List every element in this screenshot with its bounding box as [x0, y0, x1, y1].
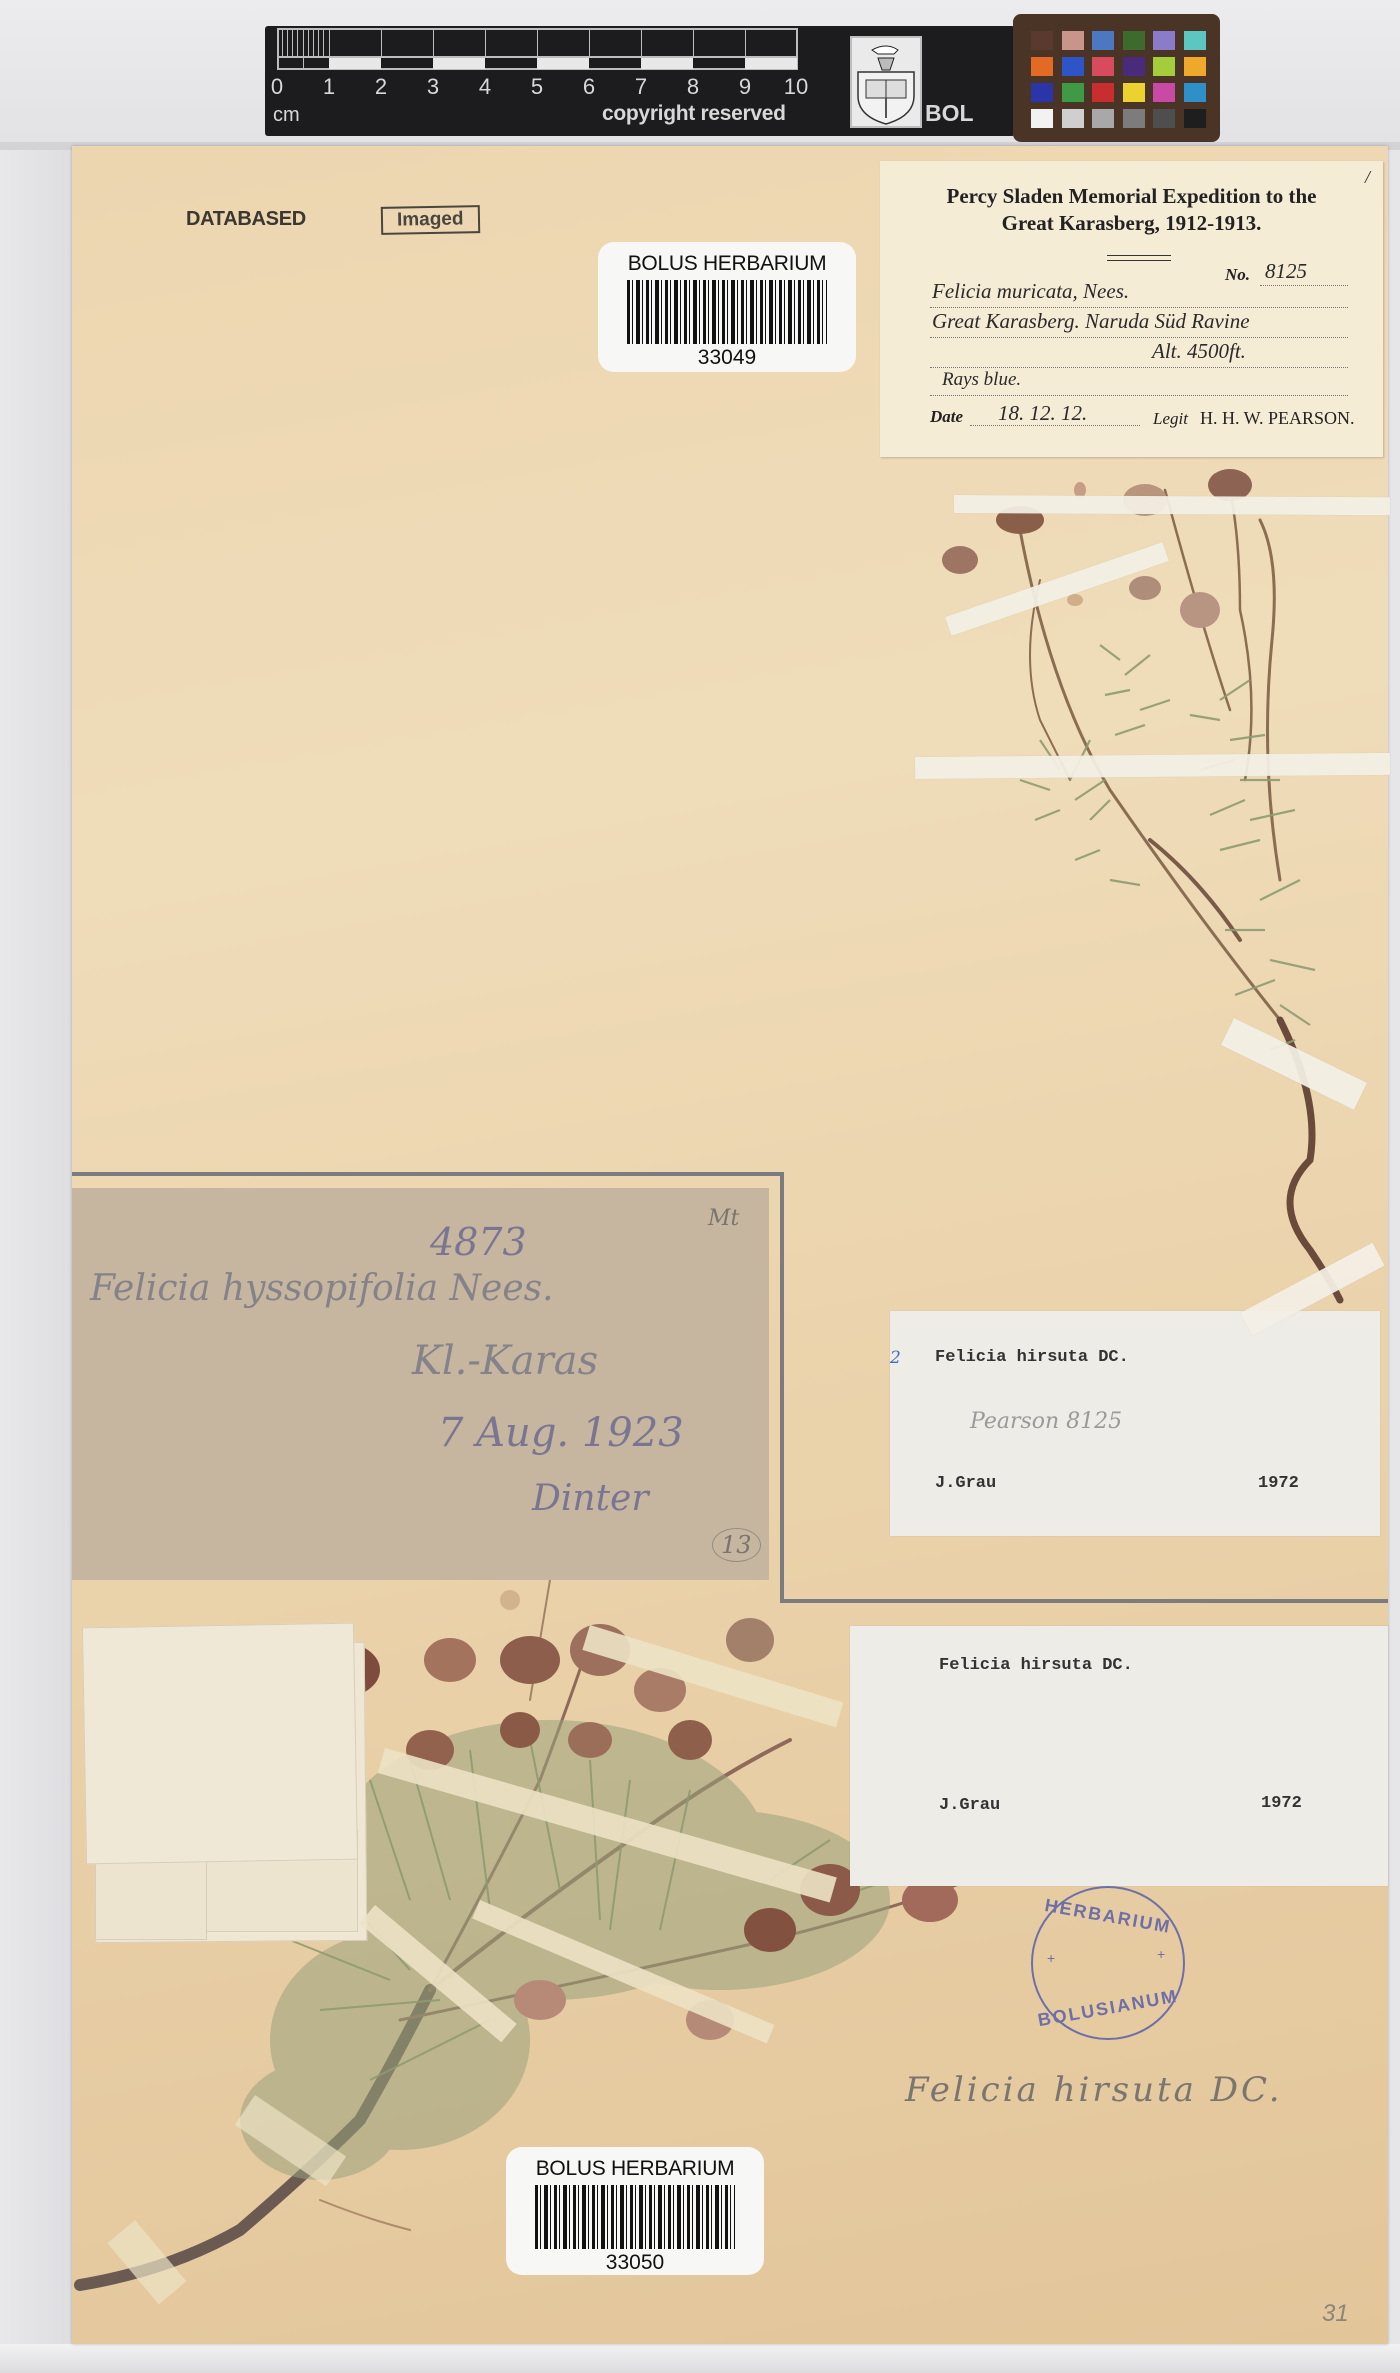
det-year: 1972 — [1258, 1474, 1299, 1493]
color-swatch — [1062, 109, 1084, 128]
scale-tick-0: 0 — [271, 74, 283, 100]
date-label: Date — [930, 407, 963, 427]
university-crest-icon — [850, 36, 922, 128]
color-swatch — [1153, 83, 1175, 102]
collector: H. H. W. PEARSON. — [1200, 408, 1355, 429]
imaged-stamp: Imaged — [381, 205, 480, 235]
scale-tick-2: 2 — [375, 74, 387, 100]
field-date: 7 Aug. 1923 — [438, 1410, 684, 1456]
color-swatch — [1092, 31, 1114, 50]
color-swatch — [1092, 57, 1114, 76]
det-year: 1972 — [1261, 1794, 1302, 1813]
color-swatch — [1092, 109, 1114, 128]
color-swatch — [1062, 57, 1084, 76]
sheet-number: 31 — [1322, 2300, 1349, 2328]
determination-label-2: Felicia hirsuta DC. J.Grau 1972 — [850, 1626, 1388, 1886]
scale-tick-4: 4 — [479, 74, 491, 100]
color-swatch — [1184, 109, 1206, 128]
plant-specimen-upper — [900, 460, 1390, 1310]
color-swatch — [1184, 83, 1206, 102]
color-swatch — [1031, 83, 1053, 102]
color-swatch — [1031, 109, 1053, 128]
barcode-title: BOLUS HERBARIUM — [506, 2157, 764, 2181]
color-swatch — [1062, 83, 1084, 102]
expedition-label-heading: Percy Sladen Memorial Expedition to the … — [880, 183, 1383, 237]
field-number: 4873 — [430, 1220, 527, 1264]
barcode-title: BOLUS HERBARIUM — [598, 252, 856, 276]
scale-bar: 0 1 2 3 4 5 6 7 8 9 10 cm copyright rese… — [265, 26, 1015, 136]
margin-mark: 2 — [890, 1348, 901, 1368]
color-swatch — [1184, 31, 1206, 50]
determination-label-1: 2 Felicia hirsuta DC. Pearson 8125 J.Gra… — [890, 1311, 1380, 1536]
field-collector: Dinter — [532, 1478, 649, 1519]
barcode-icon — [627, 280, 827, 344]
heading-line-2: Great Karasberg, 1912-1913. — [880, 210, 1383, 237]
color-swatch — [1031, 57, 1053, 76]
color-swatch — [1123, 31, 1145, 50]
collection-date: 18. 12. 12. — [998, 401, 1087, 426]
color-swatch — [1031, 31, 1053, 50]
color-swatch — [1123, 83, 1145, 102]
stamp-mark-right: + — [1157, 1946, 1165, 1962]
color-checker-card — [1013, 14, 1220, 142]
det-name: Felicia hirsuta DC. — [939, 1656, 1133, 1675]
barcode-icon — [535, 2185, 735, 2249]
determiner: J.Grau — [939, 1796, 1000, 1815]
scale-tick-10: 10 — [784, 74, 808, 100]
notes: Rays blue. — [942, 369, 1021, 391]
color-swatch — [1092, 83, 1114, 102]
scale-tick-9: 9 — [739, 74, 751, 100]
scanner-background-left — [0, 150, 72, 2373]
scale-tick-6: 6 — [583, 74, 595, 100]
stamp-mark-left: + — [1047, 1950, 1055, 1966]
databased-stamp: DATABASED — [186, 208, 306, 231]
copyright-text: copyright reserved — [602, 102, 786, 126]
color-swatch — [1153, 57, 1175, 76]
color-swatch — [1062, 31, 1084, 50]
scale-tick-7: 7 — [635, 74, 647, 100]
color-swatch — [1184, 57, 1206, 76]
altitude: Alt. 4500ft. — [1152, 339, 1246, 364]
color-swatch — [1153, 109, 1175, 128]
scale-unit: cm — [273, 104, 300, 127]
legit-label: Legit — [1153, 409, 1188, 429]
locality: Great Karasberg. Naruda Süd Ravine — [932, 309, 1250, 334]
color-swatch — [1123, 109, 1145, 128]
circled-number: 13 — [712, 1528, 761, 1562]
scale-tick-3: 3 — [427, 74, 439, 100]
mounting-strip — [954, 495, 1390, 515]
barcode-number: 33050 — [506, 2251, 764, 2275]
handwritten-determination: Felicia hirsuta DC. — [905, 2070, 1283, 2110]
pencil-annotation: Pearson 8125 — [970, 1409, 1122, 1434]
field-locality: Kl.-Karas — [412, 1338, 598, 1384]
number-label: No. — [1225, 265, 1250, 285]
scale-tick-5: 5 — [531, 74, 543, 100]
collection-number: 8125 — [1265, 259, 1307, 284]
barcode-number: 33049 — [598, 346, 856, 370]
field-species: Felicia hyssopifolia Nees. — [90, 1268, 554, 1309]
determiner: J.Grau — [935, 1474, 996, 1493]
institution-code: BOL — [925, 100, 974, 127]
scale-tick-8: 8 — [687, 74, 699, 100]
barcode-label-top: BOLUS HERBARIUM 33049 — [598, 242, 856, 372]
mounting-strip — [915, 753, 1390, 779]
collector-field-label: 4873 Mt Felicia hyssopifolia Nees. Kl.-K… — [72, 1188, 769, 1580]
scale-tick-1: 1 — [323, 74, 335, 100]
det-name: Felicia hirsuta DC. — [935, 1348, 1129, 1367]
corner-mark: / — [1365, 167, 1370, 188]
color-swatch — [1123, 57, 1145, 76]
barcode-label-bottom: BOLUS HERBARIUM 33050 — [506, 2147, 764, 2275]
expedition-label: Percy Sladen Memorial Expedition to the … — [880, 161, 1383, 457]
species-name: Felicia muricata, Nees. — [932, 279, 1129, 304]
corner-initials: Mt — [708, 1206, 739, 1231]
heading-line-1: Percy Sladen Memorial Expedition to the — [880, 183, 1383, 210]
heading-rule — [1107, 255, 1171, 261]
herbarium-bolusianum-stamp: HERBARIUM BOLUSIANUM + + — [1031, 1886, 1185, 2040]
fragment-packet-front — [82, 1623, 358, 1865]
scanner-background-bottom — [0, 2344, 1400, 2373]
color-swatch — [1153, 31, 1175, 50]
